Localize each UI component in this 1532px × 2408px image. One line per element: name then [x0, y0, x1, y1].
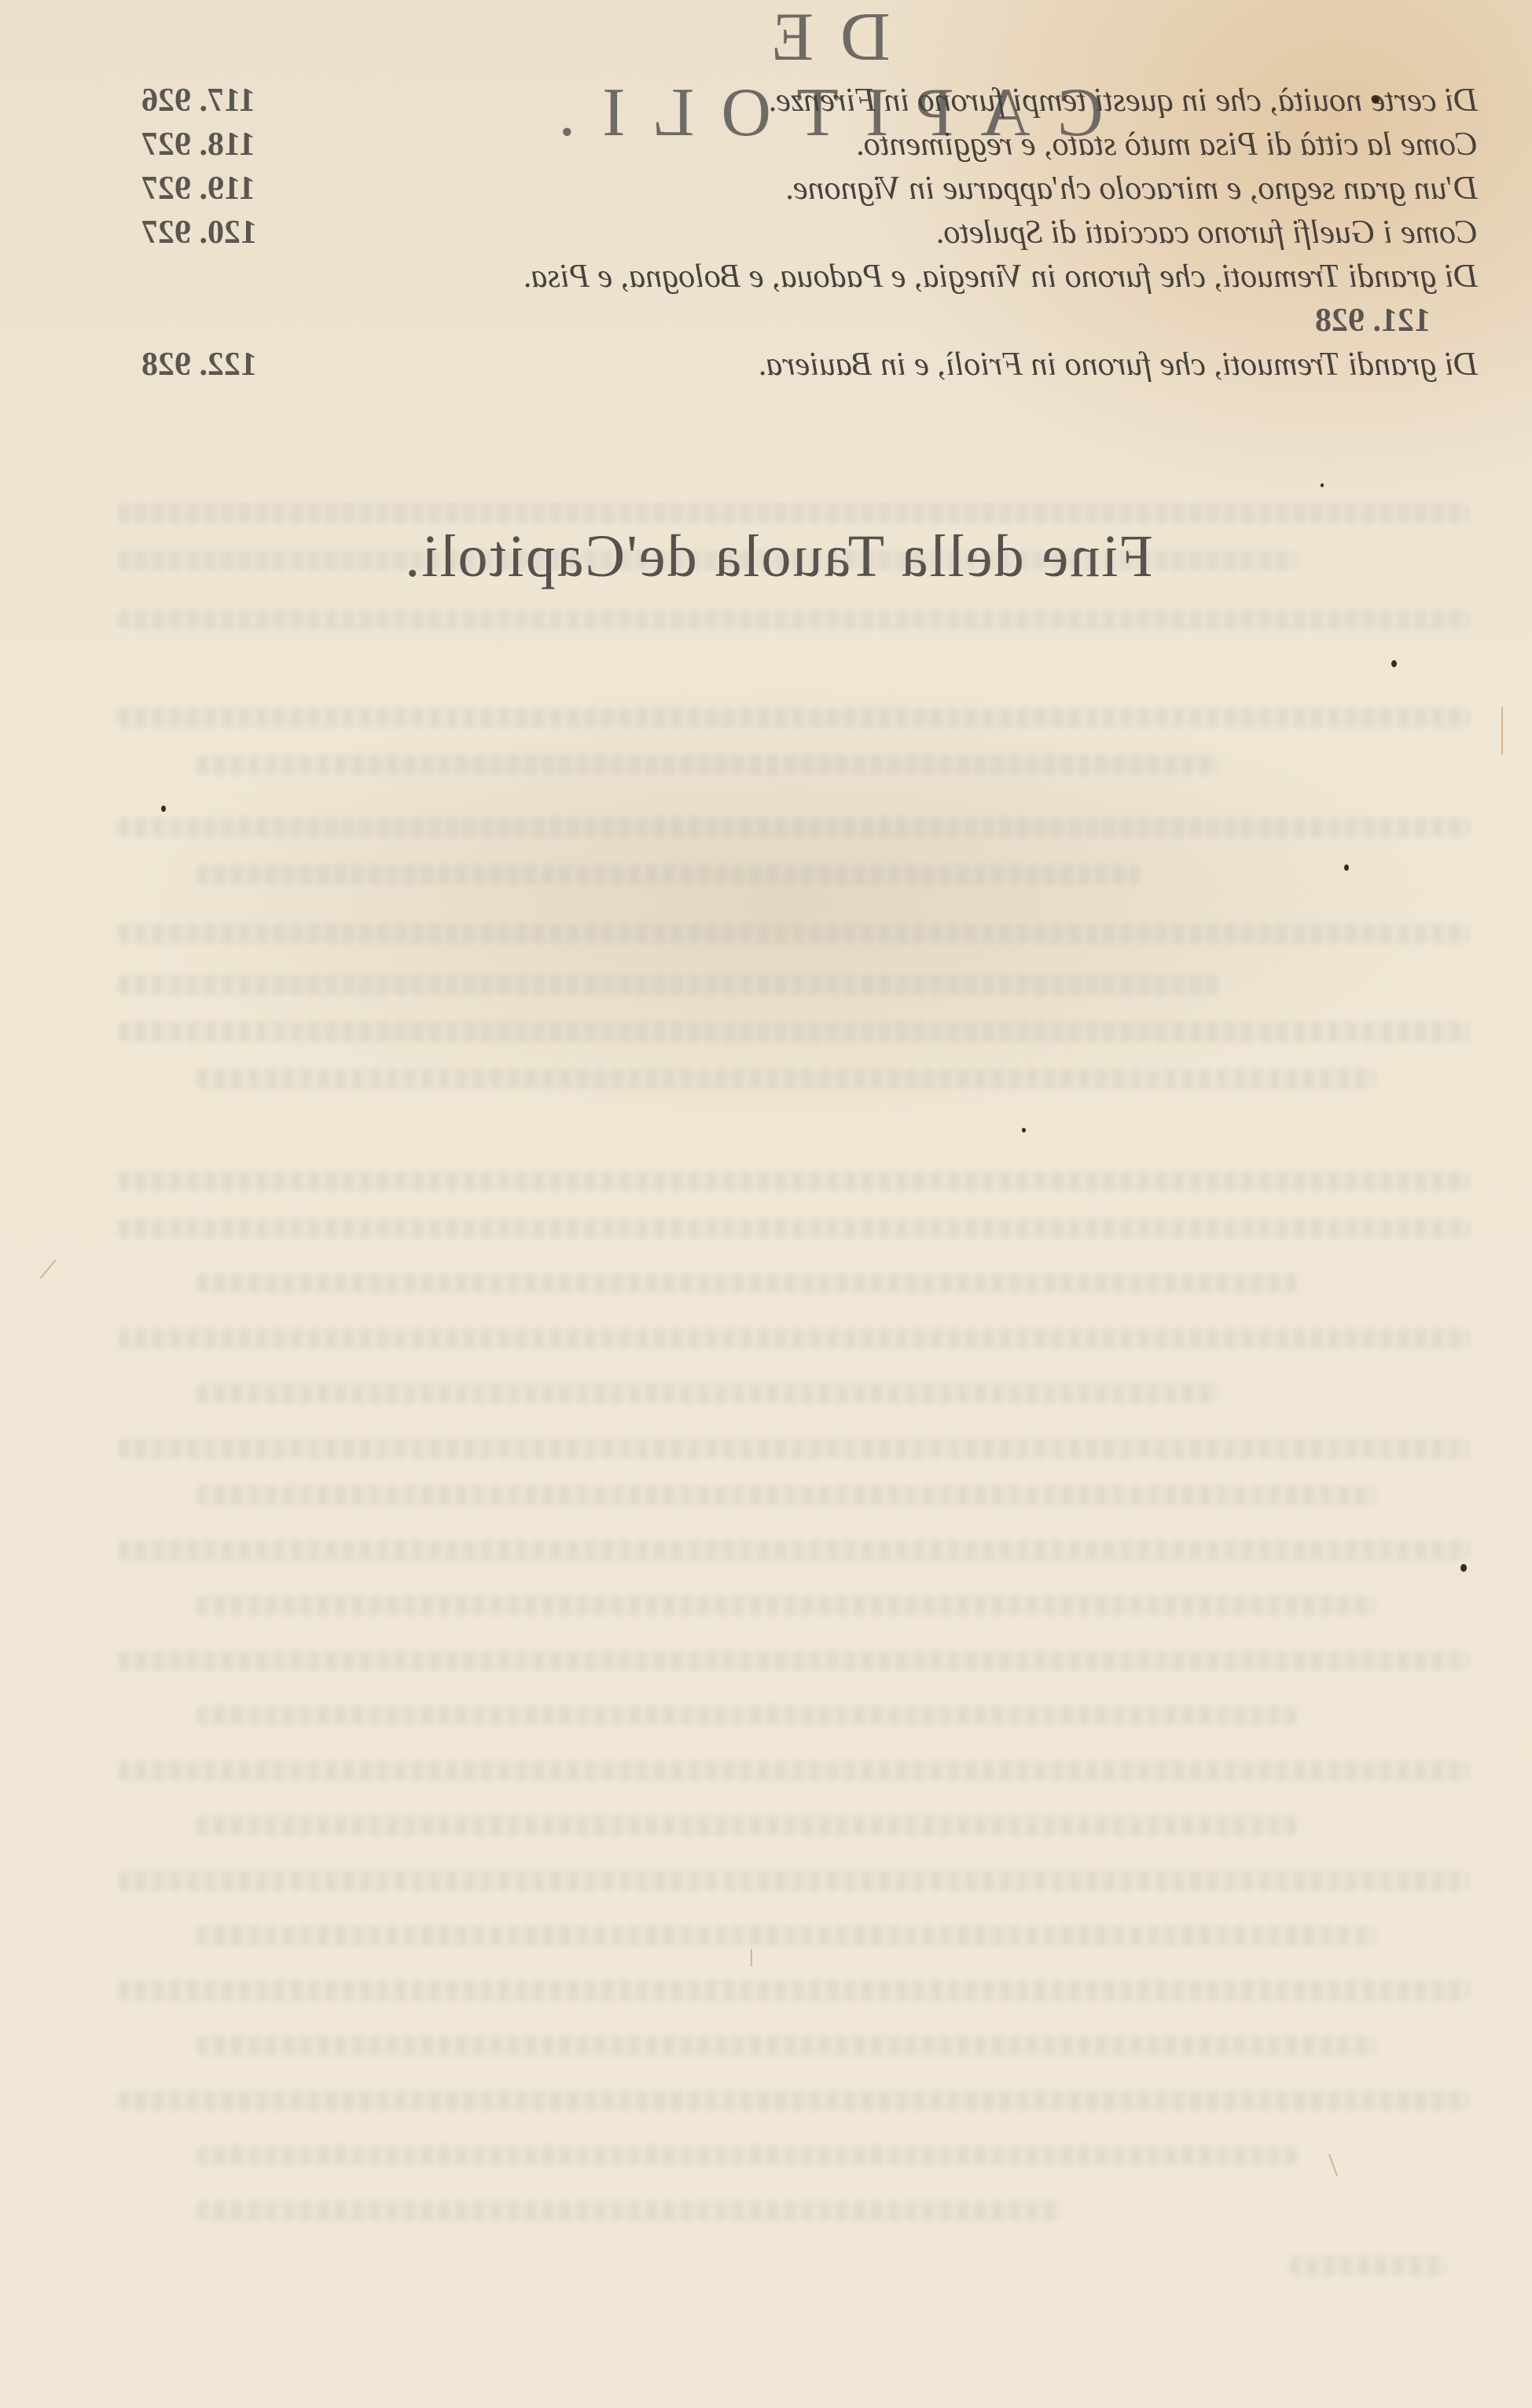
show-through-line: [118, 503, 1470, 523]
show-through-line: [118, 975, 1218, 995]
show-through-line: [118, 550, 1297, 571]
toc-entry-continuation: 121. 928: [141, 299, 1478, 343]
show-through-line: [197, 1273, 1297, 1294]
toc-entry: Di grandi Tremuoti, che furono in Vinegi…: [141, 255, 1478, 299]
show-through-line: [118, 1328, 1470, 1349]
paper-speck: [1022, 1128, 1026, 1132]
toc-entry-text: Di grandi Tremuoti, che furono in Friolì…: [758, 343, 1478, 387]
show-through-line: [118, 1540, 1470, 1561]
toc-entry-text: D'un gran segno, e miracolo ch'apparue i…: [784, 167, 1478, 211]
toc-entry-ref: 119. 927: [141, 167, 255, 211]
toc-entry-text: Come la città di Pisa mutò stato, e regg…: [855, 123, 1478, 167]
toc-entry-ref: 122. 928: [141, 343, 257, 387]
show-through-line: [118, 1980, 1470, 2001]
paper-fiber: [751, 1949, 752, 1966]
show-through-line: [118, 817, 1470, 838]
toc-entry: Come la città di Pisa mutò stato, e regg…: [141, 123, 1478, 167]
show-through-line: [197, 1595, 1376, 1616]
toc-entry-text: Di grandi Tremuoti, che furono in Vinegi…: [523, 255, 1478, 299]
paper-speck: [1321, 483, 1324, 487]
show-through-line: [197, 1705, 1297, 1726]
table-of-contents: Di certe nouità, che in questi tempi fur…: [141, 79, 1478, 387]
show-through-line: [197, 1815, 1297, 1836]
toc-entry: Come i Guelfi furono cacciati di Spuleto…: [141, 211, 1478, 255]
show-through-line: [118, 1022, 1470, 1042]
paper-fiber: [40, 1260, 57, 1279]
show-through-line: [118, 1760, 1470, 1781]
show-through-line: [197, 2146, 1297, 2166]
show-through-line: [197, 1383, 1218, 1404]
paper-speck: [161, 806, 166, 812]
toc-entry-ref: 117. 926: [141, 79, 255, 123]
show-through-line: [118, 1870, 1470, 1891]
show-through-line: [197, 1485, 1376, 1506]
toc-entry-ref: 120. 927: [141, 211, 257, 255]
paper-speck: [1460, 1564, 1467, 1572]
show-through-line: [197, 2201, 1061, 2221]
show-through-line: [1289, 2256, 1446, 2276]
show-through-line: [197, 2035, 1376, 2056]
show-through-line: [118, 923, 1470, 944]
show-through-line: [118, 1438, 1470, 1459]
show-through-line: [118, 2090, 1470, 2111]
toc-entry-ref: 118. 927: [141, 123, 255, 167]
show-through-line: [118, 609, 1470, 630]
toc-entry: Di grandi Tremuoti, che furono in Friolì…: [141, 343, 1478, 387]
show-through-line: [197, 864, 1140, 885]
show-through-line: [118, 1218, 1470, 1239]
toc-entry: Di certe nouità, che in questi tempi fur…: [141, 79, 1478, 123]
show-through-line: [118, 707, 1470, 728]
show-through-line: [197, 1925, 1376, 1946]
paper-fiber: [1328, 2154, 1338, 2177]
paper-fiber: [1501, 707, 1503, 754]
paper-speck: [1372, 96, 1380, 104]
show-through-line: [118, 1650, 1470, 1671]
paper-speck: [1344, 864, 1349, 871]
show-through-line: [197, 1069, 1376, 1089]
paper-speck: [1391, 660, 1397, 667]
show-through-line: [197, 754, 1218, 775]
show-through-line: [118, 1171, 1470, 1191]
toc-entry-text: Come i Guelfi furono cacciati di Spuleto…: [935, 211, 1478, 255]
toc-entry: D'un gran segno, e miracolo ch'apparue i…: [141, 167, 1478, 211]
book-page: DE CAPITOLI. Di certe nouità, che in que…: [0, 0, 1532, 2408]
